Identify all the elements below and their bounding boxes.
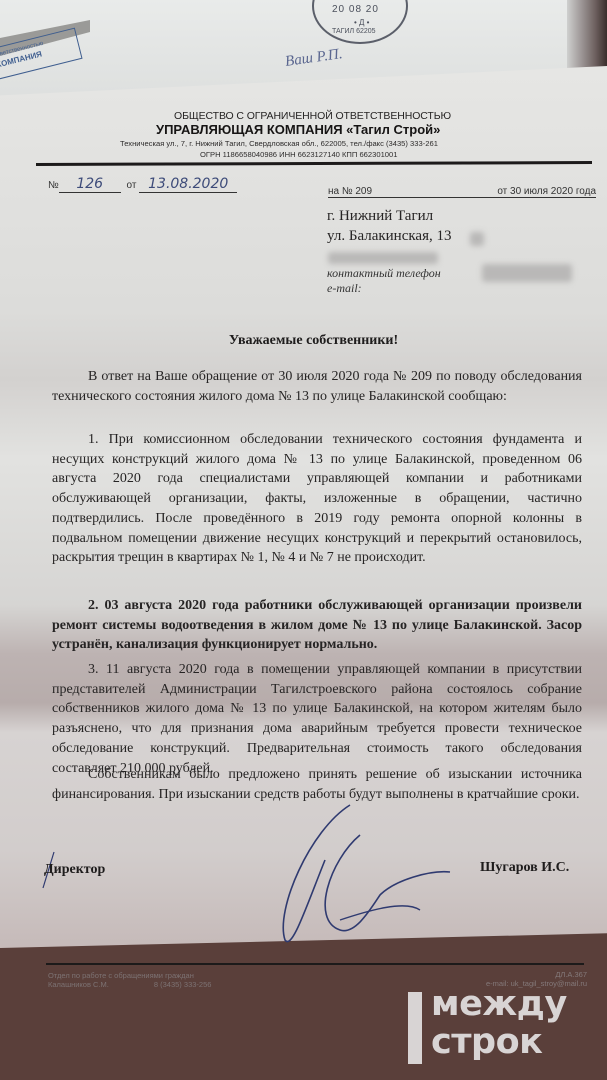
logo-word-2: строк bbox=[431, 1024, 542, 1060]
closing-paragraph: Собственникам было предложено принять ре… bbox=[52, 765, 582, 804]
company-name: УПРАВЛЯЮЩАЯ КОМПАНИЯ «Тагил Строй» bbox=[156, 122, 440, 137]
item-1-paragraph: 1. При комиссионном обследовании техниче… bbox=[52, 430, 582, 568]
redacted-name bbox=[328, 252, 438, 264]
signer-title: Директор bbox=[44, 862, 105, 878]
reference-date: от 30 июля 2020 года bbox=[497, 186, 596, 197]
footer-rule bbox=[46, 963, 584, 965]
intro-paragraph: В ответ на Ваше обращение от 30 июля 202… bbox=[52, 367, 582, 406]
company-address: Техническая ул., 7, г. Нижний Тагил, Све… bbox=[120, 139, 438, 148]
org-type: ОБЩЕСТВО С ОГРАНИЧЕННОЙ ОТВЕТСТВЕННОСТЬЮ bbox=[174, 110, 451, 122]
watermark-logo: между строк bbox=[408, 990, 598, 1070]
salutation: Уважаемые собственники! bbox=[0, 333, 607, 349]
contact-phone-label: контактный телефон bbox=[327, 266, 441, 281]
letterhead-rule bbox=[36, 161, 592, 166]
recipient-city: г. Нижний Тагил bbox=[327, 208, 433, 225]
logo-word-1: между bbox=[431, 986, 567, 1022]
footer-dept: Отдел по работе с обращениями граждан bbox=[48, 971, 211, 980]
outgoing-number: №126 от 13.08.2020 bbox=[48, 176, 237, 193]
signer-name: Шугаров И.С. bbox=[480, 860, 569, 876]
redacted-apartment bbox=[470, 232, 484, 246]
contact-email-label: e-mail: bbox=[327, 281, 362, 296]
outgoing-date-value: 13.08.2020 bbox=[148, 176, 228, 192]
item-2-paragraph: 2. 03 августа 2020 года работники обслуж… bbox=[52, 596, 582, 655]
item-3-paragraph: 3. 11 августа 2020 года в помещении упра… bbox=[52, 660, 582, 778]
redacted-phone bbox=[482, 264, 572, 282]
footer-phone: 8 (3435) 333-256 bbox=[154, 980, 212, 989]
outgoing-number-value: 126 bbox=[76, 176, 103, 192]
letter-content: ОБЩЕСТВО С ОГРАНИЧЕННОЙ ОТВЕТСТВЕННОСТЬЮ… bbox=[0, 0, 607, 1080]
company-registration: ОГРН 1186658040986 ИНН 6623127140 КПП 66… bbox=[200, 150, 397, 159]
recipient-street: ул. Балакинская, 13 bbox=[327, 228, 452, 245]
signature-icon bbox=[230, 800, 460, 950]
footer-contacts: Отдел по работе с обращениями граждан Ка… bbox=[48, 971, 211, 989]
logo-bar-icon bbox=[408, 992, 422, 1064]
reference-number: на № 209 bbox=[328, 186, 372, 197]
footer-person: Калашников С.М. bbox=[48, 980, 109, 989]
footer-code: ДЛ.А.367 bbox=[462, 970, 587, 979]
reference-line: на № 209 от 30 июля 2020 года bbox=[328, 186, 596, 198]
